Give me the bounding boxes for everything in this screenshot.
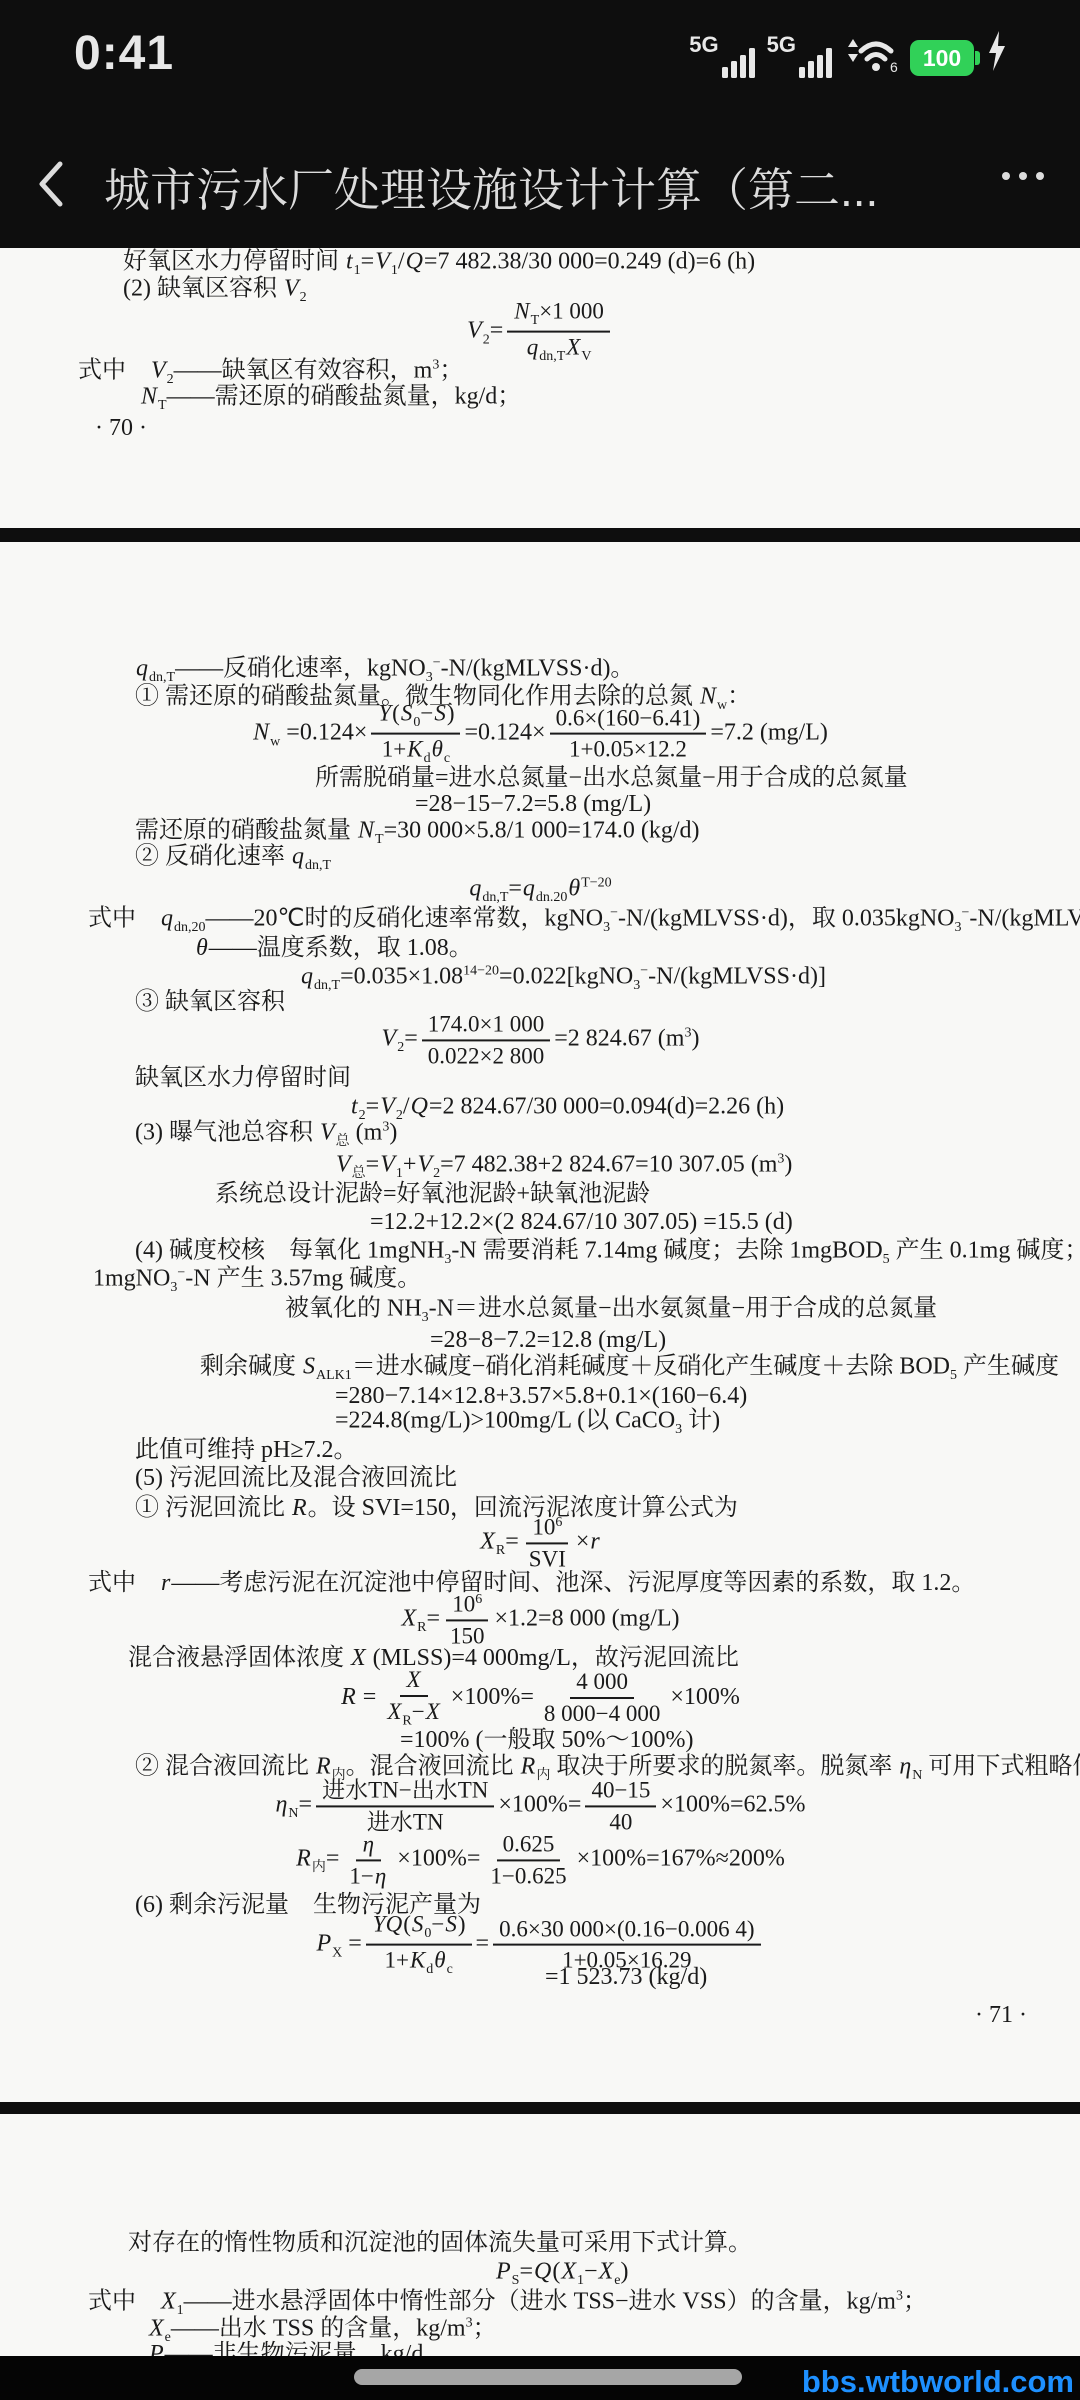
text-line: 被氧化的 NH3-N＝进水总氮量−出水氨氮量−用于合成的总氮量 xyxy=(285,1293,937,1326)
nav-bar: 城市污水厂处理设施设计计算（第二... xyxy=(0,148,1080,220)
fraction: YQ(S0−S)1+Kdθc xyxy=(366,1911,472,1980)
page-number: · 70 · xyxy=(95,413,147,443)
back-button[interactable] xyxy=(30,156,72,212)
watermark: bbs.wtbworld.com xyxy=(802,2364,1074,2400)
text-line: PS=Q(X1−Xe) xyxy=(495,2256,628,2289)
network-type-label: 5G xyxy=(689,34,718,56)
page-72-fragment[interactable]: 对存在的惰性物质和沉淀池的固体流失量可采用下式计算。PS=Q(X1−Xe)式中 … xyxy=(0,2114,1080,2356)
fraction: 0.6×(160−6.41)1+0.05×12.2 xyxy=(550,704,707,763)
status-bar: 0:41 5G 5G 6 100 xyxy=(0,0,1080,96)
more-horizontal-icon xyxy=(1036,172,1044,180)
fraction: 106SVI xyxy=(523,1513,572,1572)
bottom-bar: bbs.wtbworld.com xyxy=(0,2356,1080,2400)
text-line: 缺氧区水力停留时间 xyxy=(135,1063,351,1093)
status-icons: 5G 5G 6 100 xyxy=(689,32,1008,78)
text-line: 剩余碱度 SALK1＝进水碱度−硝化消耗碱度＋反硝化产生碱度＋去除 BOD5 产… xyxy=(200,1351,1059,1384)
page-number: · 71 · xyxy=(975,2000,1027,2030)
text-line: V总=V1+V2=7 482.38+2 824.67=10 307.05 (m3… xyxy=(335,1149,792,1182)
battery-percent: 100 xyxy=(923,47,961,70)
fraction: 174.0×1 0000.022×2 800 xyxy=(422,1010,550,1069)
battery-icon: 100 xyxy=(910,40,974,76)
document-title: 城市污水厂处理设施设计计算（第二... xyxy=(104,154,934,220)
text-line: =1 523.73 (kg/d) xyxy=(545,1962,707,1992)
text-line: V2=174.0×1 0000.022×2 800=2 824.67 (m3) xyxy=(0,1010,1080,1069)
text-line: θ——温度系数，取 1.08。 xyxy=(195,933,473,963)
text-line: =224.8(mg/L)>100mg/L (以 CaCO3 计) xyxy=(335,1405,720,1438)
text-line: 此值可维持 pH≥7.2。 xyxy=(135,1435,358,1465)
text-line: qdn,T=0.035×1.0814−20=0.022[kgNO3−-N/(kg… xyxy=(300,961,826,994)
text-line: (3) 曝气池总容积 V总 (m3) xyxy=(135,1117,397,1150)
fraction: XXR−X xyxy=(380,1666,446,1730)
text-line: (5) 污泥回流比及混合液回流比 xyxy=(135,1463,457,1493)
text-line: XR=106150×1.2=8 000 (mg/L) xyxy=(0,1590,1080,1649)
text-line: 1mgNO3−-N 产生 3.57mg 碱度。 xyxy=(93,1263,421,1296)
text-line: R =XXR−X×100%=4 0008 000−4 000×100% xyxy=(0,1666,1080,1730)
text-line: t2=V2/Q=2 824.67/30 000=0.094(d)=2.26 (h… xyxy=(350,1091,784,1124)
signal-bars-icon: 5G xyxy=(689,32,754,78)
fraction: 106150 xyxy=(444,1590,491,1649)
text-line: qdn,T=qdn.20θT−20 xyxy=(0,873,1080,906)
fraction: η1−η xyxy=(343,1830,393,1889)
text-line: P——非生物污泥量，kg/d xyxy=(148,2339,423,2356)
wifi-icon: 6 xyxy=(844,30,898,77)
lightning-icon xyxy=(986,30,1008,77)
more-horizontal-icon xyxy=(1002,172,1010,180)
signal-bars-icon: 5G xyxy=(767,32,832,78)
fraction: 进水TN−出水TN进水TN xyxy=(316,1776,494,1835)
text-line: 系统总设计泥龄=好氧池泥龄+缺氧池泥龄 xyxy=(215,1179,650,1209)
fraction: Y(S0−S)1+Kdθc xyxy=(371,700,460,769)
page-70-fragment[interactable]: 好氧区水力停留时间 t1=V1/Q=7 482.38/30 000=0.249 … xyxy=(0,248,1080,528)
chevron-left-icon xyxy=(42,164,60,204)
text-line: Nw =0.124×Y(S0−S)1+Kdθc=0.124×0.6×(160−6… xyxy=(0,700,1080,769)
wifi-standard-label: 6 xyxy=(890,59,898,72)
page-71[interactable]: qdn,T——反硝化速率，kgNO3−-N/(kgMLVSS·d)。① 需还原的… xyxy=(0,542,1080,2102)
fraction: NT×1 000qdn,TXV xyxy=(507,298,610,367)
fraction: 4 0008 000−4 000 xyxy=(538,1668,666,1727)
text-line: 对存在的惰性物质和沉淀池的固体流失量可采用下式计算。 xyxy=(128,2228,752,2258)
screen: 0:41 5G 5G 6 100 xyxy=(0,0,1080,2400)
text-line: =12.2+12.2×(2 824.67/10 307.05) =15.5 (d… xyxy=(370,1207,793,1237)
network-type-label: 5G xyxy=(767,34,796,56)
text-line: PX =YQ(S0−S)1+Kdθc=0.6×30 000×(0.16−0.00… xyxy=(0,1911,1080,1980)
fraction: 0.6251−0.625 xyxy=(484,1830,572,1889)
home-indicator[interactable] xyxy=(354,2369,742,2385)
text-line: ② 反硝化速率 qdn,T xyxy=(135,841,331,874)
text-line: 式中 qdn,20——20℃时的反硝化速率常数，kgNO3−-N/(kgMLVS… xyxy=(88,903,1080,936)
text-line: NT——需还原的硝酸盐氮量，kg/d； xyxy=(140,381,521,414)
more-options-button[interactable] xyxy=(1002,172,1044,180)
more-horizontal-icon xyxy=(1019,172,1027,180)
clock: 0:41 xyxy=(74,26,174,81)
fraction: 40−1540 xyxy=(585,1776,656,1835)
text-line: R内=η1−η×100%=0.6251−0.625×100%=167%≈200% xyxy=(0,1830,1080,1889)
text-line: XR=106SVI×r xyxy=(0,1513,1080,1572)
text-line: ηN=进水TN−出水TN进水TN×100%=40−1540×100%=62.5% xyxy=(0,1776,1080,1835)
